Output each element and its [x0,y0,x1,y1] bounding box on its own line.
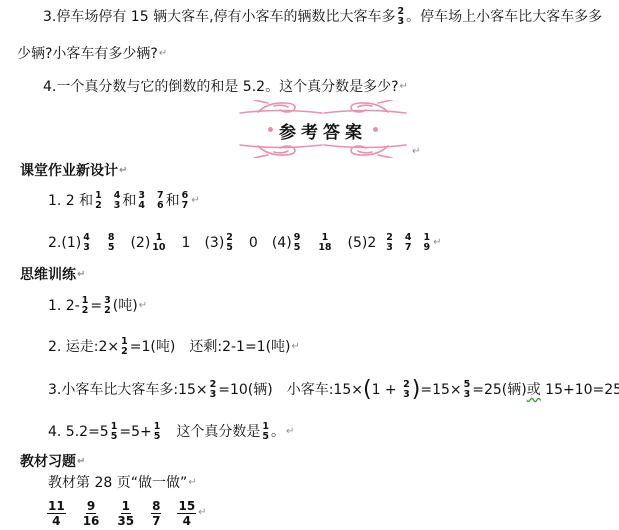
fraction: 12 [94,191,103,211]
fraction: 43 [82,233,91,253]
fraction: 15 [153,422,162,442]
fraction: 19 [423,233,432,253]
heading-text: 课堂作业新设计 [20,162,118,180]
fraction: 32 [103,296,112,316]
question-3-line-1: 3.停车场停有 15 辆大客车,停有小客车的辆数比大客车多 23 。停车场上小客… [43,7,602,27]
fraction: 34 [137,191,146,211]
fraction: 15 [261,422,270,442]
item-text: (3) [204,234,224,252]
item-text: =1(吨) [130,338,176,356]
item-text: 。 [271,423,285,441]
section-heading-textbook: 教材习题↵ [20,453,85,471]
section-heading-classwork: 课堂作业新设计↵ [20,162,127,180]
thinking-item-3: 3.小客车比大客车多:15× 23 =10(辆) 小客车:15× ( 1 + 2… [48,379,619,401]
question-4: 4.一个真分数与它的倒数的和是 5.2。这个真分数是多少?↵ [43,78,408,96]
fraction: 43 [113,191,122,211]
question-3-line-2: 少辆?小客车有多少辆?↵ [17,45,167,63]
answer-key-banner: 参考答案 [238,100,408,158]
paragraph-mark-icon: ↵ [119,162,127,180]
fraction: 95 [293,233,302,253]
item-text: (5)2 [348,234,377,252]
question-4-text: 4.一个真分数与它的倒数的和是 5.2。这个真分数是多少? [43,78,399,96]
left-paren: ( [363,379,372,401]
fraction: 87 [151,499,161,528]
fraction: 53 [463,380,472,400]
question-3-text-cont: 。停车场上小客车比大客车多多 [406,8,602,26]
fraction: 67 [181,191,190,211]
heading-text: 思维训练 [20,266,76,284]
item-text: (1) [61,234,81,252]
fraction: 23 [209,380,218,400]
item-text: =10(辆) [218,381,272,399]
textbook-subtitle: 教材第 28 页“做一做”↵ [48,474,197,492]
fraction: 85 [107,233,116,253]
paragraph-mark-icon: ↵ [412,146,420,157]
fraction: 154 [177,499,196,528]
fraction: 25 [225,233,234,253]
paragraph-mark-icon: ↵ [139,297,147,315]
thinking-item-1: 1. 2- 12 = 32 (吨) ↵ [48,296,147,316]
fraction: 118 [317,233,332,253]
item-text: 15+10=25(辆) [541,381,619,399]
item-text: (吨) [113,297,138,315]
section-heading-thinking: 思维训练↵ [20,266,85,284]
fraction: 916 [82,499,101,528]
item-text: = [90,297,102,315]
fraction: 15 [110,422,119,442]
item-text: 1 + [372,381,402,399]
fraction: 12 [81,296,90,316]
paragraph-mark-icon: ↵ [77,266,85,284]
fraction: 47 [404,233,413,253]
item-text: 和 [122,192,136,210]
item-text: =25(辆) [472,381,526,399]
item-text: 3.小客车比大客车多:15× [48,381,208,399]
item-text: 和 [166,192,180,210]
grammar-flag-text: 或 [527,381,541,399]
banner-title: 参考答案 [238,118,408,143]
item-text: 4. 5.2=5 [48,423,109,441]
paragraph-mark-icon: ↵ [286,423,294,441]
fraction: 76 [156,191,165,211]
item-text: (4) [272,234,292,252]
paragraph-mark-icon: ↵ [198,504,206,522]
item-text: 还剩:2-1=1(吨) [189,338,290,356]
textbook-fractions: 114 916 135 87 154 ↵ [46,498,207,528]
item-text: 2. 运走:2× [48,338,119,356]
fraction: 135 [116,499,135,528]
question-3-text-line2: 少辆?小客车有多少辆? [17,45,158,63]
fraction: 110 [151,233,166,253]
item-text: 这个真分数是 [176,423,260,441]
fraction: 23 [402,380,411,400]
item-text: 1. 2 和 [48,192,93,210]
paragraph-mark-icon: ↵ [433,234,441,252]
question-3-text: 3.停车场停有 15 辆大客车,停有小客车的辆数比大客车多 [43,8,396,26]
heading-text: 教材习题 [20,453,76,471]
item-text: 小客车:15× [287,381,363,399]
item-text: 教材第 28 页“做一做” [48,474,187,492]
item-text: (2) [130,234,150,252]
paragraph-mark-icon: ↵ [77,453,85,471]
fraction: 23 [385,233,394,253]
item-text: =15× [420,381,461,399]
item-text: 1. 2- [48,297,80,315]
paragraph-mark-icon: ↵ [292,338,300,356]
fraction: 12 [120,337,129,357]
paragraph-mark-icon: ↵ [188,474,196,492]
item-text: 1 [182,234,191,252]
thinking-item-2: 2. 运走:2× 12 =1(吨) 还剩:2-1=1(吨) ↵ [48,337,300,357]
item-text: 0 [249,234,258,252]
item-text: =5+ [119,423,151,441]
paragraph-mark-icon: ↵ [400,78,408,96]
paragraph-mark-icon: ↵ [191,192,199,210]
fraction: 23 [397,7,406,27]
classwork-item-1: 1. 2 和 12 43 和 34 76 和 67 ↵ [48,191,200,211]
paragraph-mark-icon: ↵ [159,45,167,63]
item-text: 2. [48,234,61,252]
right-paren: ) [412,379,421,401]
classwork-item-2: 2. (1) 43 85 (2) 110 1 (3) 25 0 (4) 95 1… [48,233,442,253]
thinking-item-4: 4. 5.2=5 15 =5+ 15 这个真分数是 15 。 ↵ [48,422,294,442]
fraction: 114 [47,499,66,528]
